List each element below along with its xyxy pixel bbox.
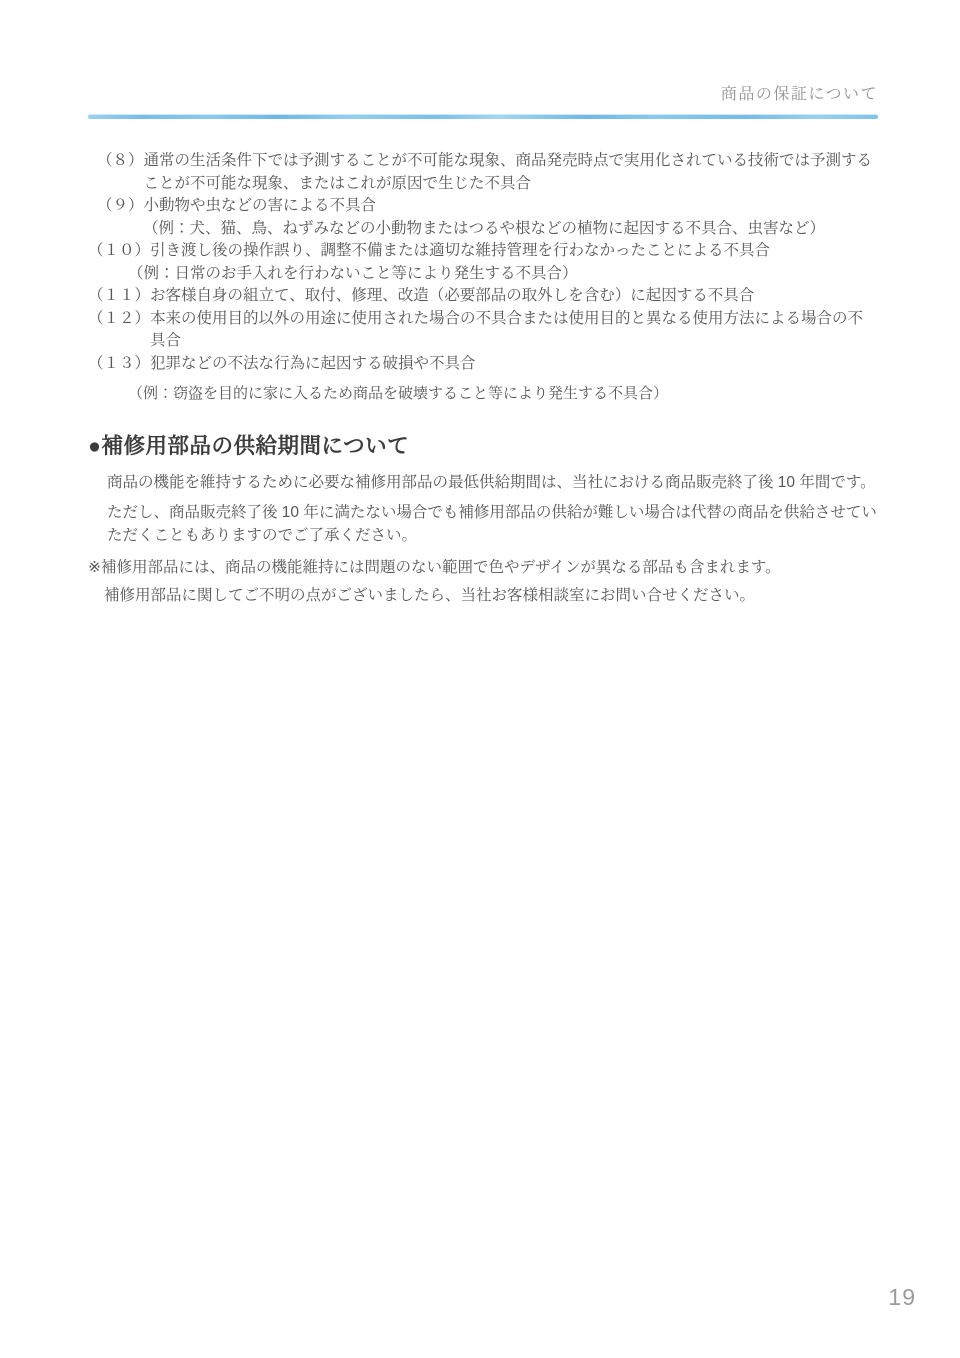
page-content: 商品の保証について （８） 通常の生活条件下では予測することが不可能な現象、商品… (88, 0, 878, 607)
list-item: （８） 通常の生活条件下では予測することが不可能な現象、商品発売時点で実用化され… (97, 150, 878, 195)
list-item-text: お客様自身の組立て、取付、修理、改造（必要部品の取外しを含む）に起因する不具合 (150, 285, 878, 308)
page-header-title: 商品の保証について (88, 86, 878, 104)
supply-note-contact: 補修用部品に関してご不明の点がございましたら、当社お客様相談室にお問い合せくださ… (104, 584, 878, 607)
supply-note: ※補修用部品には、商品の機能維持には問題のない範囲で色やデザインが異なる部品も含… (88, 556, 878, 579)
list-item: （１０） 引き渡し後の操作誤り、調整不備または適切な維持管理を行わなかったことに… (88, 240, 878, 285)
list-item-example: （例：窃盗を目的に家に入るため商品を破壊すること等により発生する不具合） (128, 383, 878, 406)
warranty-exclusion-list: （８） 通常の生活条件下では予測することが不可能な現象、商品発売時点で実用化され… (88, 150, 878, 406)
list-item-number: （１３） (88, 353, 150, 376)
section-bullet-icon: ● (88, 434, 102, 458)
supply-section-body: 商品の機能を維持するために必要な補修用部品の最低供給期間は、当社における商品販売… (88, 471, 878, 607)
list-item-number: （１１） (88, 285, 150, 308)
list-item-text: 小動物や虫などの害による不具合 (144, 195, 878, 218)
list-item-number: （１０） (88, 240, 150, 263)
supply-paragraph: ただし、商品販売終了後 10 年に満たない場合でも補修用部品の供給が難しい場合は… (107, 501, 878, 547)
list-item-text: 通常の生活条件下では予測することが不可能な現象、商品発売時点で実用化されている技… (144, 150, 878, 195)
supply-paragraph: 商品の機能を維持するために必要な補修用部品の最低供給期間は、当社における商品販売… (107, 471, 878, 494)
list-item-text: 本来の使用目的以外の用途に使用された場合の不具合または使用目的と異なる使用方法に… (150, 308, 878, 353)
header-brush-rule (88, 115, 878, 119)
section-heading: ●補修用部品の供給期間について (88, 433, 878, 459)
list-item-example: （例：日常のお手入れを行わないこと等により発生する不具合） (128, 263, 878, 286)
section-heading-text: 補修用部品の供給期間について (102, 434, 410, 458)
page-number: 19 (888, 1284, 916, 1311)
list-item-example: （例：犬、猫、鳥、ねずみなどの小動物またはつるや根などの植物に起因する不具合、虫… (143, 218, 878, 241)
list-item-number: （９） (97, 195, 144, 218)
list-item-number: （１２） (88, 308, 150, 331)
list-item: （１１） お客様自身の組立て、取付、修理、改造（必要部品の取外しを含む）に起因す… (88, 285, 878, 308)
list-item-text: 犯罪などの不法な行為に起因する破損や不具合 (150, 353, 878, 376)
list-item: （１３） 犯罪などの不法な行為に起因する破損や不具合 （例：窃盗を目的に家に入る… (88, 353, 878, 406)
list-item-text: 引き渡し後の操作誤り、調整不備または適切な維持管理を行わなかったことによる不具合 (150, 240, 878, 263)
list-item: （９） 小動物や虫などの害による不具合 （例：犬、猫、鳥、ねずみなどの小動物また… (97, 195, 878, 240)
list-item-number: （８） (97, 150, 144, 173)
list-item: （１２） 本来の使用目的以外の用途に使用された場合の不具合または使用目的と異なる… (88, 308, 878, 353)
